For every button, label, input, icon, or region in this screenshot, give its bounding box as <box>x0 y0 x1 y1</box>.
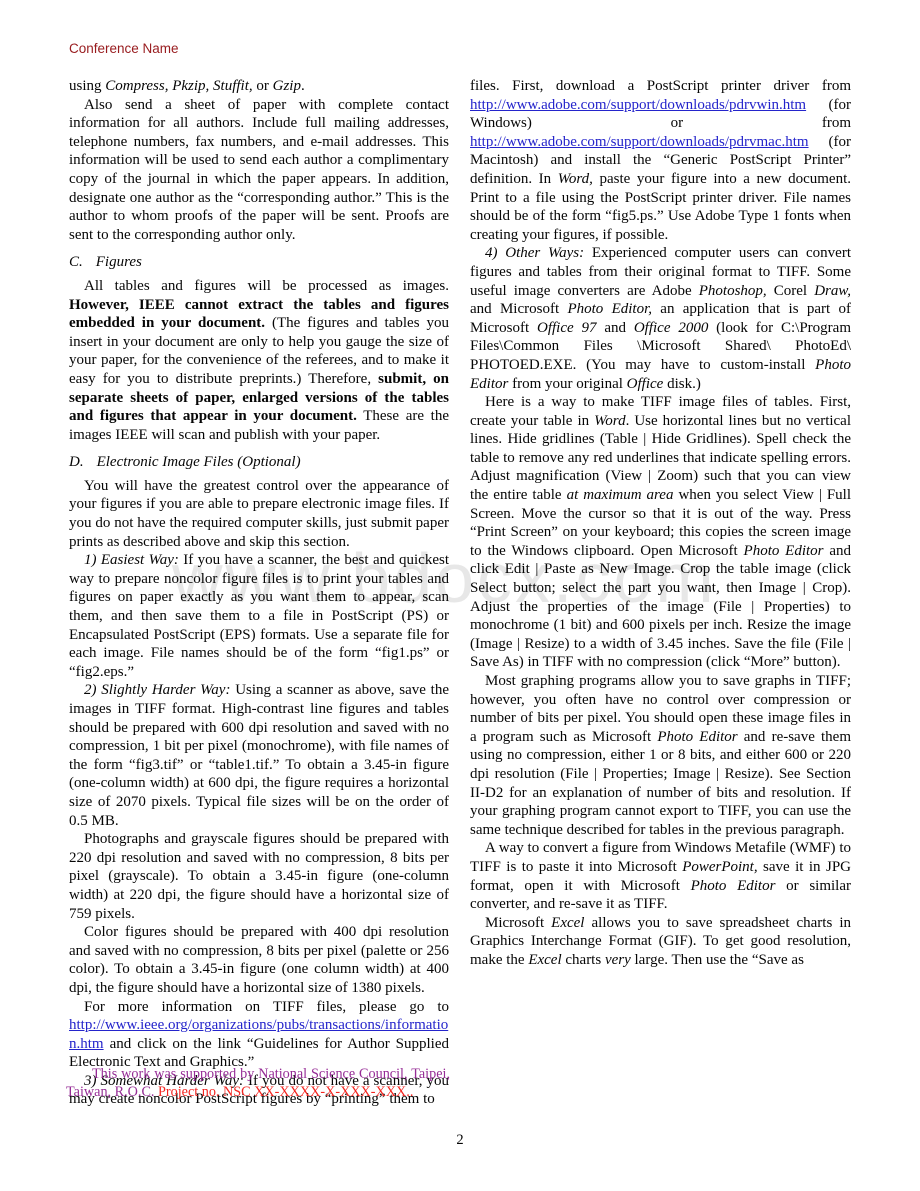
paragraph: using Compress, Pkzip, Stuffit, or Gzip. <box>69 77 449 96</box>
text-run: large. Then use the “Save as <box>631 952 804 968</box>
hyperlink[interactable]: http://www.adobe.com/support/downloads/p… <box>470 97 806 113</box>
text-run: and <box>597 320 634 336</box>
text-run: Excel <box>551 915 584 931</box>
text-run: Color figures should be prepared with 40… <box>69 924 453 996</box>
text-run: using <box>69 78 105 94</box>
text-run: 1) Easiest Way: <box>84 552 179 568</box>
text-run: and click Edit | Paste as New Image. Cro… <box>470 543 855 671</box>
paragraph: Also send a sheet of paper with complete… <box>69 96 449 245</box>
paragraph: A way to convert a figure from Windows M… <box>470 839 851 913</box>
paragraph: For more information on TIFF files, plea… <box>69 998 449 1072</box>
text-run: Word <box>594 413 625 429</box>
text-run: at maximum area <box>567 487 674 503</box>
paragraph: files. First, download a PostScript prin… <box>470 77 851 244</box>
text-run: very <box>605 952 631 968</box>
text-run: or <box>253 78 273 94</box>
text-run: Also send a sheet of paper with complete… <box>69 97 453 243</box>
text-run: Gzip <box>273 78 301 94</box>
paragraph: Here is a way to make TIFF image files o… <box>470 393 851 672</box>
paragraph: 2) Slightly Harder Way: Using a scanner … <box>69 681 449 830</box>
text-run: Office <box>627 376 664 392</box>
text-run: Office 97 <box>537 320 597 336</box>
running-header: Conference Name <box>69 41 179 56</box>
text-run: All tables and figures will be processed… <box>84 278 453 294</box>
text-run: Photo Editor <box>691 878 776 894</box>
text-run: Using a scanner as above, save the image… <box>69 682 453 828</box>
text-run: Corel <box>767 283 815 299</box>
text-run: 2) Slightly Harder Way: <box>84 682 230 698</box>
left-column: using Compress, Pkzip, Stuffit, or Gzip.… <box>69 77 449 1109</box>
text-run: Microsoft <box>485 915 551 931</box>
hyperlink[interactable]: http://www.adobe.com/support/downloads/p… <box>470 134 809 150</box>
text-run: PowerPoint, <box>682 859 757 875</box>
paragraph: Microsoft Excel allows you to save sprea… <box>470 914 851 970</box>
text-run: Electronic Image Files (Optional) <box>97 454 301 470</box>
text-run: and re-save them using no compression, e… <box>470 729 855 838</box>
text-run: Figures <box>96 254 142 270</box>
text-run: Photoshop, <box>699 283 767 299</box>
text-run: 4) Other Ways: <box>485 245 584 261</box>
text-run: For more information on TIFF files, plea… <box>84 999 453 1015</box>
footnote-project-number: Project no. NSC XX-XXXX-X-XXX-XXX.. <box>158 1084 413 1100</box>
paper-page: www.bdocx.com Conference Name using Comp… <box>0 0 920 1191</box>
text-run: D. <box>69 453 84 472</box>
text-run: Photo Editor, <box>567 301 652 317</box>
text-run: Photo Editor <box>657 729 737 745</box>
paragraph: Photographs and grayscale figures should… <box>69 830 449 923</box>
page-number: 2 <box>0 1132 920 1149</box>
text-run: charts <box>562 952 605 968</box>
text-run: Photo Editor <box>744 543 824 559</box>
text-run: . <box>301 78 305 94</box>
text-run: Excel <box>528 952 561 968</box>
text-run: Photographs and grayscale figures should… <box>69 831 453 921</box>
text-run: files. First, download a PostScript prin… <box>470 78 855 94</box>
text-run: Word, <box>558 171 593 187</box>
text-run: from your original <box>508 376 626 392</box>
paragraph: Most graphing programs allow you to save… <box>470 672 851 839</box>
right-column: files. First, download a PostScript prin… <box>470 77 851 970</box>
paragraph: 4) Other Ways: Experienced computer user… <box>470 244 851 393</box>
paragraph: All tables and figures will be processed… <box>69 277 449 444</box>
text-run: You will have the greatest control over … <box>69 478 453 550</box>
section-heading: D.Electronic Image Files (Optional) <box>69 453 449 472</box>
section-heading: C.Figures <box>69 253 449 272</box>
paragraph: You will have the greatest control over … <box>69 477 449 551</box>
text-run: Draw, <box>814 283 851 299</box>
text-run: Compress, Pkzip, Stuffit, <box>105 78 252 94</box>
text-run: If you have a scanner, the best and quic… <box>69 552 453 680</box>
paragraph: Color figures should be prepared with 40… <box>69 923 449 997</box>
text-run: disk.) <box>663 376 701 392</box>
text-run: Office 2000 <box>634 320 709 336</box>
paragraph: 1) Easiest Way: If you have a scanner, t… <box>69 551 449 681</box>
text-run: C. <box>69 253 83 272</box>
footnote: This work was supported by National Scie… <box>66 1066 450 1101</box>
